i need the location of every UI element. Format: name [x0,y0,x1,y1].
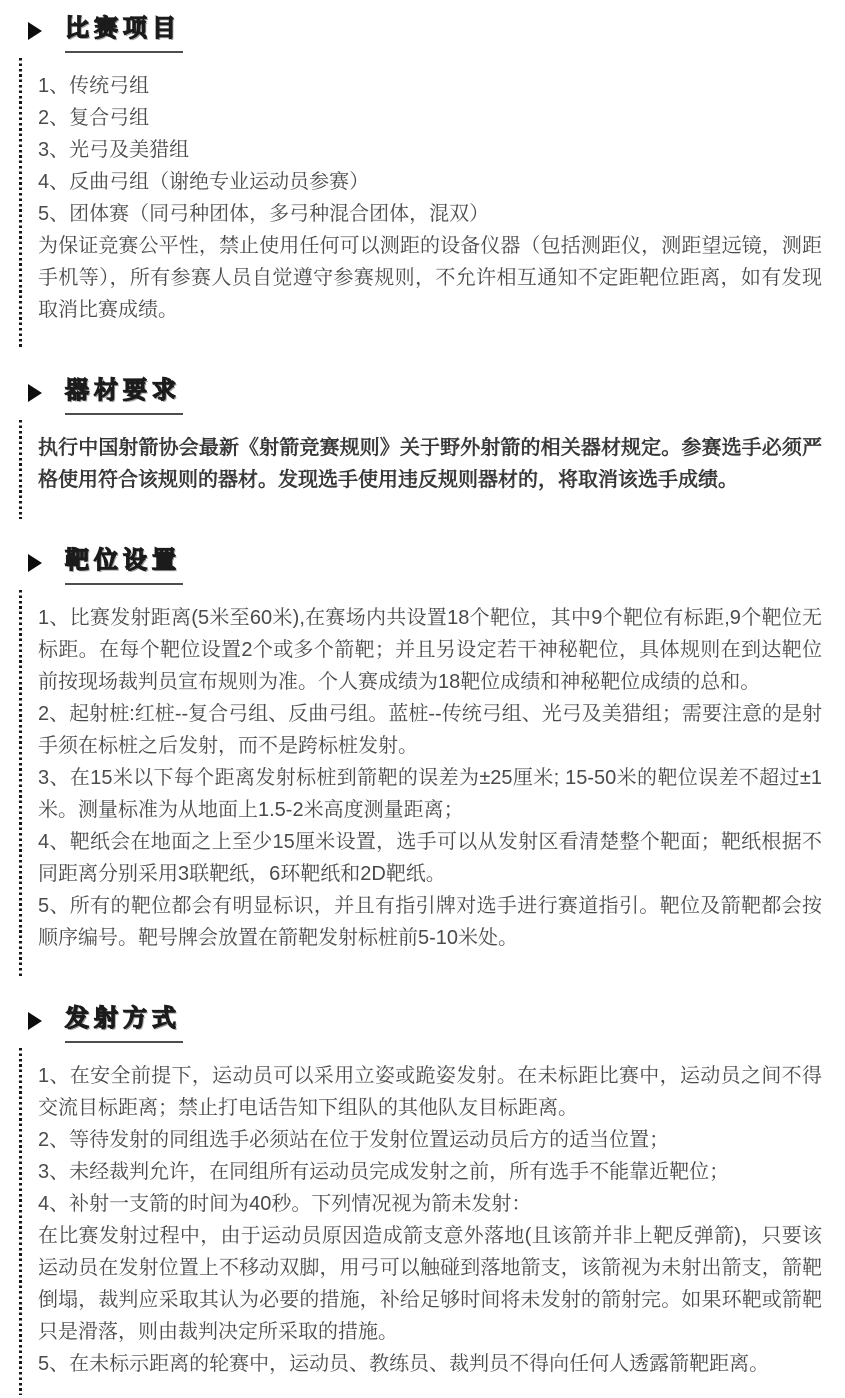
section-header-competition-events: 比赛项目 [0,14,845,53]
section-header-target-setup: 靶位设置 [0,546,845,585]
section-text-shooting-method: 1、在安全前提下，运动员可以采用立姿或跪姿发射。在未标距比赛中，运动员之间不得交… [38,1060,822,1380]
section-title-equipment-requirements: 器材要求 [65,376,183,406]
section-body-target-setup: 1、比赛发射距离(5米至60米),在赛场内共设置18个靶位，其中9个靶位有标距,… [19,587,845,980]
header-text-block: 器材要求 [65,376,183,415]
section-equipment-requirements: 器材要求 执行中国射箭协会最新《射箭竞赛规则》关于野外射箭的相关器材规定。参赛选… [0,376,845,522]
dotted-left-border [19,420,22,519]
section-header-equipment-requirements: 器材要求 [0,376,845,415]
title-underline [65,1041,183,1043]
play-triangle-icon [28,384,42,402]
section-title-competition-events: 比赛项目 [65,14,183,44]
section-body-competition-events: 1、传统弓组 2、复合弓组 3、光弓及美猎组 4、反曲弓组（谢绝专业运动员参赛）… [19,55,845,352]
header-text-block: 靶位设置 [65,546,183,585]
play-triangle-icon [28,1012,42,1030]
play-triangle-icon [28,554,42,572]
section-text-competition-events: 1、传统弓组 2、复合弓组 3、光弓及美猎组 4、反曲弓组（谢绝专业运动员参赛）… [38,70,822,326]
dotted-left-border [19,1048,22,1395]
section-text-target-setup: 1、比赛发射距离(5米至60米),在赛场内共设置18个靶位，其中9个靶位有标距,… [38,602,822,954]
section-title-shooting-method: 发射方式 [65,1004,183,1034]
dotted-left-border [19,58,22,349]
section-title-target-setup: 靶位设置 [65,546,183,576]
header-text-block: 发射方式 [65,1004,183,1043]
title-underline [65,51,183,53]
section-text-equipment-requirements: 执行中国射箭协会最新《射箭竞赛规则》关于野外射箭的相关器材规定。参赛选手必须严格… [38,432,822,496]
dotted-left-border [19,590,22,977]
play-triangle-icon [28,22,42,40]
title-underline [65,583,183,585]
title-underline [65,413,183,415]
rules-document: 比赛项目 1、传统弓组 2、复合弓组 3、光弓及美猎组 4、反曲弓组（谢绝专业运… [0,0,845,1398]
section-shooting-method: 发射方式 1、在安全前提下，运动员可以采用立姿或跪姿发射。在未标距比赛中，运动员… [0,1004,845,1398]
section-body-shooting-method: 1、在安全前提下，运动员可以采用立姿或跪姿发射。在未标距比赛中，运动员之间不得交… [19,1045,845,1398]
header-text-block: 比赛项目 [65,14,183,53]
section-body-equipment-requirements: 执行中国射箭协会最新《射箭竞赛规则》关于野外射箭的相关器材规定。参赛选手必须严格… [19,417,845,522]
section-header-shooting-method: 发射方式 [0,1004,845,1043]
section-competition-events: 比赛项目 1、传统弓组 2、复合弓组 3、光弓及美猎组 4、反曲弓组（谢绝专业运… [0,14,845,352]
section-target-setup: 靶位设置 1、比赛发射距离(5米至60米),在赛场内共设置18个靶位，其中9个靶… [0,546,845,980]
